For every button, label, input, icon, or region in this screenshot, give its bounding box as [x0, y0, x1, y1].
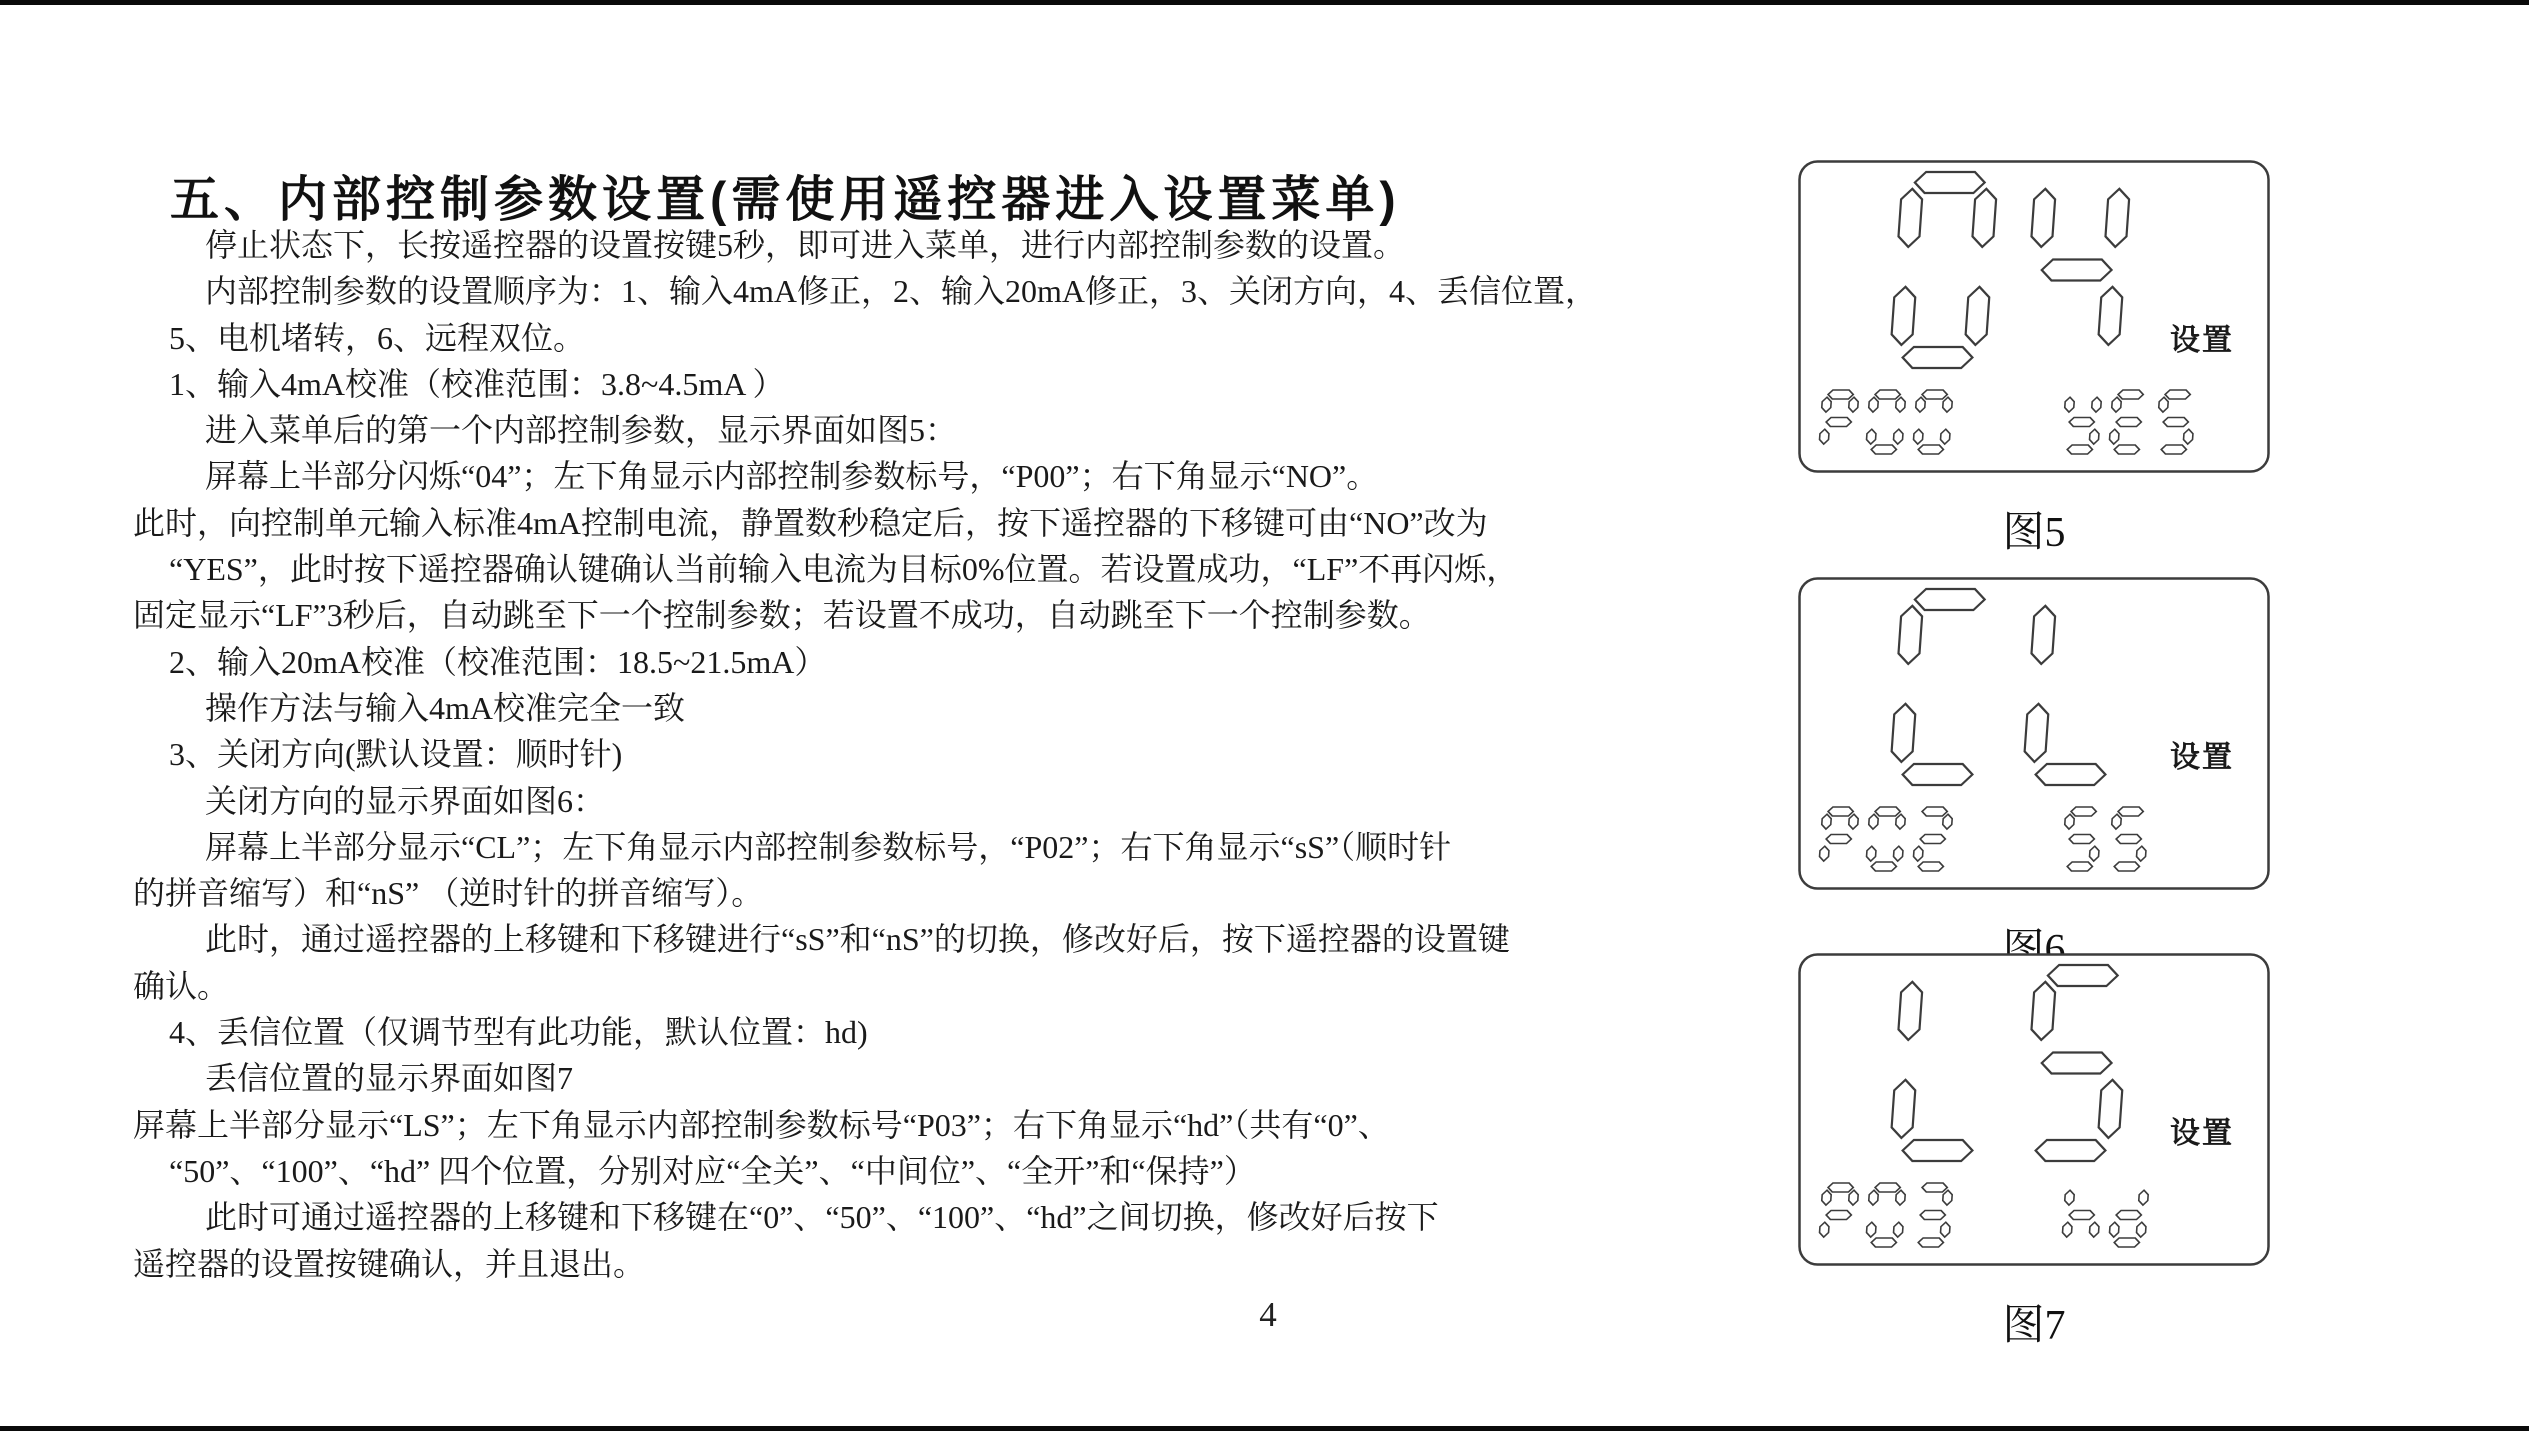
text-line: 4、丢信位置（仅调节型有此功能，默认位置：hd): [133, 1009, 1773, 1055]
scan-edge-bottom: [0, 1426, 2529, 1431]
page-title: 五、内部控制参数设置(需使用遥控器进入设置菜单): [170, 161, 1401, 231]
text-line: 此时可通过遥控器的上移键和下移键在“0”、“50”、“100”、“hd”之间切换…: [133, 1194, 1773, 1240]
figure-7: 设置 图7: [1798, 953, 2270, 1352]
lcd-display: 设置: [1798, 160, 2270, 473]
text-line: 屏幕上半部分显示“CL”；左下角显示内部控制参数标号，“P02”；右下角显示“s…: [133, 824, 1773, 870]
lcd-display: 设置: [1798, 577, 2270, 890]
figure-caption: 图5: [1798, 499, 2270, 559]
text-line: 确认。: [133, 963, 1773, 1009]
text-line: 3、关闭方向(默认设置：顺时针): [133, 731, 1773, 777]
text-line: 屏幕上半部分显示“LS”；左下角显示内部控制参数标号“P03”；右下角显示“hd…: [133, 1102, 1773, 1148]
figure-6: 设置 图6: [1798, 577, 2270, 976]
text-line: 固定显示“LF”3秒后，自动跳至下一个控制参数；若设置不成功，自动跳至下一个控制…: [133, 592, 1773, 638]
text-line: 操作方法与输入4mA校准完全一致: [133, 685, 1773, 731]
figure-5: 设置 图5: [1798, 160, 2270, 559]
text-line: “50”、“100”、“hd” 四个位置，分别对应“全关”、“中间位”、“全开”…: [133, 1148, 1773, 1194]
text-line: 内部控制参数的设置顺序为：1、输入4mA修正，2、输入20mA修正，3、关闭方向…: [133, 268, 1773, 314]
text-line: 进入菜单后的第一个内部控制参数，显示界面如图5：: [133, 407, 1773, 453]
page-number: 4: [1238, 1295, 1298, 1335]
text-line: 遥控器的设置按键确认，并且退出。: [133, 1241, 1773, 1287]
scan-edge-top: [0, 0, 2529, 5]
figure-caption: 图7: [1798, 1292, 2270, 1352]
manual-page: 五、内部控制参数设置(需使用遥控器进入设置菜单) 停止状态下，长按遥控器的设置按…: [0, 0, 2529, 1431]
text-line: 停止状态下，长按遥控器的设置按键5秒，即可进入菜单，进行内部控制参数的设置。: [133, 222, 1773, 268]
text-line: “YES”，此时按下遥控器确认键确认当前输入电流为目标0%位置。若设置成功，“L…: [133, 546, 1773, 592]
settings-indicator-label: 设置: [2170, 1117, 2234, 1150]
text-line: 关闭方向的显示界面如图6：: [133, 778, 1773, 824]
lcd-display: 设置: [1798, 953, 2270, 1266]
body-text: 停止状态下，长按遥控器的设置按键5秒，即可进入菜单，进行内部控制参数的设置。内部…: [133, 222, 1773, 1287]
settings-indicator-label: 设置: [2170, 741, 2234, 774]
text-line: 屏幕上半部分闪烁“04”；左下角显示内部控制参数标号，“P00”；右下角显示“N…: [133, 453, 1773, 499]
text-line: 此时，向控制单元输入标准4mA控制电流，静置数秒稳定后，按下遥控器的下移键可由“…: [133, 500, 1773, 546]
text-line: 5、电机堵转，6、远程双位。: [133, 315, 1773, 361]
text-line: 此时，通过遥控器的上移键和下移键进行“sS”和“nS”的切换，修改好后，按下遥控…: [133, 916, 1773, 962]
text-line: 2、输入20mA校准（校准范围：18.5~21.5mA）: [133, 639, 1773, 685]
settings-indicator-label: 设置: [2170, 324, 2234, 357]
text-line: 1、输入4mA校准（校准范围：3.8~4.5mA ）: [133, 361, 1773, 407]
text-line: 的拼音缩写）和“nS” （逆时针的拼音缩写）。: [133, 870, 1773, 916]
text-line: 丢信位置的显示界面如图7: [133, 1055, 1773, 1101]
